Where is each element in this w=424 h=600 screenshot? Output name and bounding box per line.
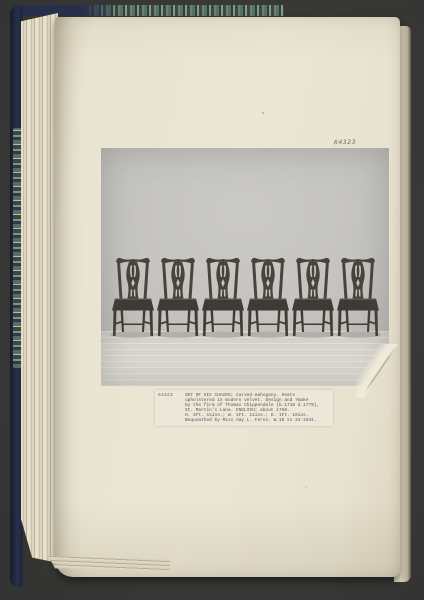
caption-line: Bequeathed by Miss Amy L. Ferns. W.18 to… (185, 418, 330, 423)
dust-speck (305, 486, 307, 488)
dust-speck (262, 112, 264, 114)
negative-number-handwritten: 64323 (334, 139, 356, 147)
caption-label: 64323 SET OF SIX CHAIRS; Carved mahogany… (155, 390, 333, 426)
label-number: 64323 (158, 393, 185, 424)
mounted-photograph (101, 148, 389, 386)
caption-text: SET OF SIX CHAIRS; Carved mahogany. Seat… (185, 393, 330, 424)
photo-vignette (101, 148, 389, 386)
page-edges-stack (21, 13, 58, 563)
marbled-cover-strip (13, 128, 22, 368)
